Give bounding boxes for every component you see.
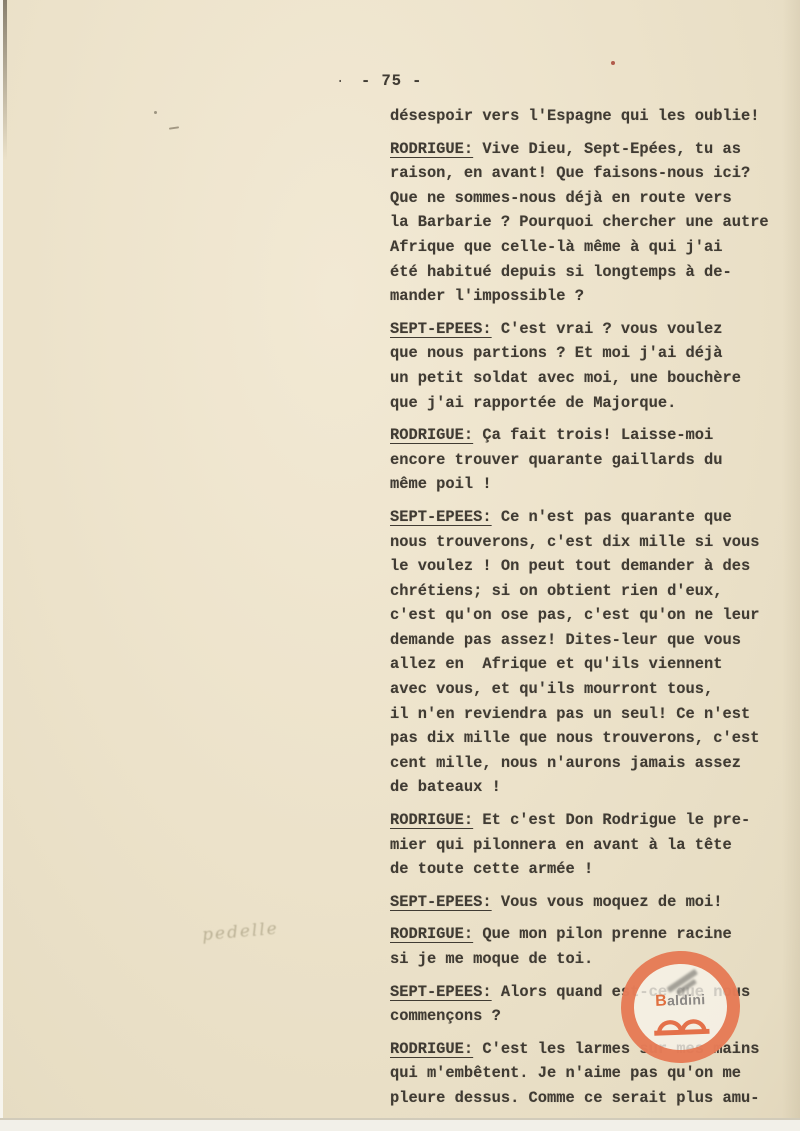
paper-speck (154, 111, 157, 114)
typewritten-line: SEPT-EPEES: Vous vous moquez de moi! (390, 890, 785, 915)
stamp-brand-initial: B (655, 992, 667, 1009)
typewritten-line: le voulez ! On peut tout demander à des (390, 554, 785, 579)
pencil-dash-mark (169, 126, 179, 129)
speech: SEPT-EPEES: Vous vous moquez de moi! (390, 890, 785, 915)
page-number: - 75 - (361, 72, 422, 90)
page-number-dot: · (336, 74, 344, 90)
scan-edge-left (0, 0, 3, 1131)
speech: désespoir vers l'Espagne qui les oublie! (390, 104, 785, 129)
typewritten-line: nous trouverons, c'est dix mille si vous (390, 530, 785, 555)
speaker-name: SEPT-EPEES: (390, 508, 492, 526)
speaker-name: RODRIGUE: (390, 140, 473, 158)
typewritten-line: pas dix mille que nous trouverons, c'est (390, 726, 785, 751)
speaker-name: RODRIGUE: (390, 925, 473, 943)
typewritten-line: RODRIGUE: Ça fait trois! Laisse-moi (390, 423, 785, 448)
typewritten-line: si je me moque de toi. (390, 947, 785, 972)
speaker-name: RODRIGUE: (390, 426, 473, 444)
speech: RODRIGUE: C'est les larmes sur mes mains… (390, 1037, 785, 1111)
typewritten-line: été habitué depuis si longtemps à de- (390, 260, 785, 285)
speech: RODRIGUE: Ça fait trois! Laisse-moiencor… (390, 423, 785, 497)
typewritten-line: Afrique que celle-là même à qui j'ai (390, 235, 785, 260)
typewritten-line: raison, en avant! Que faisons-nous ici? (390, 161, 785, 186)
faint-handwriting-mark: pedelle (201, 919, 279, 946)
typewritten-line: Que ne sommes-nous déjà en route vers (390, 186, 785, 211)
typewritten-line: c'est qu'on ose pas, c'est qu'on ne leur (390, 603, 785, 628)
speech: SEPT-EPEES: C'est vrai ? vous voulezque … (390, 317, 785, 415)
typewritten-line: RODRIGUE: Que mon pilon prenne racine (390, 922, 785, 947)
scan-edge-bottom (0, 1118, 800, 1131)
typewritten-line: mier qui pilonnera en avant à la tête (390, 833, 785, 858)
red-ink-speck (611, 61, 615, 65)
typewritten-line: il n'en reviendra pas un seul! Ce n'est (390, 702, 785, 727)
typewritten-line: demande pas assez! Dites-leur que vous (390, 628, 785, 653)
typewritten-line: cent mille, nous n'aurons jamais assez (390, 751, 785, 776)
typewritten-line: même poil ! (390, 472, 785, 497)
typewritten-line: SEPT-EPEES: C'est vrai ? vous voulez (390, 317, 785, 342)
dialogue-column: désespoir vers l'Espagne qui les oublie!… (390, 104, 785, 1119)
typewritten-line: que j'ai rapportée de Majorque. (390, 391, 785, 416)
typewritten-line: pleure dessus. Comme ce serait plus amu- (390, 1086, 785, 1111)
typewritten-line: mander l'impossible ? (390, 284, 785, 309)
speech: SEPT-EPEES: Ce n'est pas quarante quenou… (390, 505, 785, 800)
typewritten-line: un petit soldat avec moi, une bouchère (390, 366, 785, 391)
scan-edge-left-shadow (3, 0, 7, 160)
speaker-name: RODRIGUE: (390, 1040, 473, 1058)
speaker-name: SEPT-EPEES: (390, 320, 492, 338)
typewritten-line: chrétiens; si on obtient rien d'eux, (390, 579, 785, 604)
speech: RODRIGUE: Vive Dieu, Sept-Epées, tu asra… (390, 137, 785, 309)
double-arch-logo-icon (650, 1007, 713, 1036)
typewritten-line: de bateaux ! (390, 775, 785, 800)
scanned-page: · - 75 - désespoir vers l'Espagne qui le… (0, 0, 800, 1131)
speech: RODRIGUE: Et c'est Don Rodrigue le pre-m… (390, 808, 785, 882)
typewritten-line: avec vous, et qu'ils mourront tous, (390, 677, 785, 702)
typewritten-line: allez en Afrique et qu'ils viennent (390, 652, 785, 677)
typewritten-line: de toute cette armée ! (390, 857, 785, 882)
typewritten-line: encore trouver quarante gaillards du (390, 448, 785, 473)
speaker-name: SEPT-EPEES: (390, 893, 492, 911)
typewritten-line: désespoir vers l'Espagne qui les oublie! (390, 104, 785, 129)
speaker-name: RODRIGUE: (390, 811, 473, 829)
typewritten-line: la Barbarie ? Pourquoi chercher une autr… (390, 210, 785, 235)
typewritten-line: qui m'embêtent. Je n'aime pas qu'on me (390, 1061, 785, 1086)
speaker-name: SEPT-EPEES: (390, 983, 492, 1001)
typewritten-line: que nous partions ? Et moi j'ai déjà (390, 341, 785, 366)
speech: RODRIGUE: Que mon pilon prenne racinesi … (390, 922, 785, 971)
typewritten-line: RODRIGUE: Vive Dieu, Sept-Epées, tu as (390, 137, 785, 162)
typewritten-line: SEPT-EPEES: Ce n'est pas quarante que (390, 505, 785, 530)
typewritten-line: RODRIGUE: Et c'est Don Rodrigue le pre- (390, 808, 785, 833)
